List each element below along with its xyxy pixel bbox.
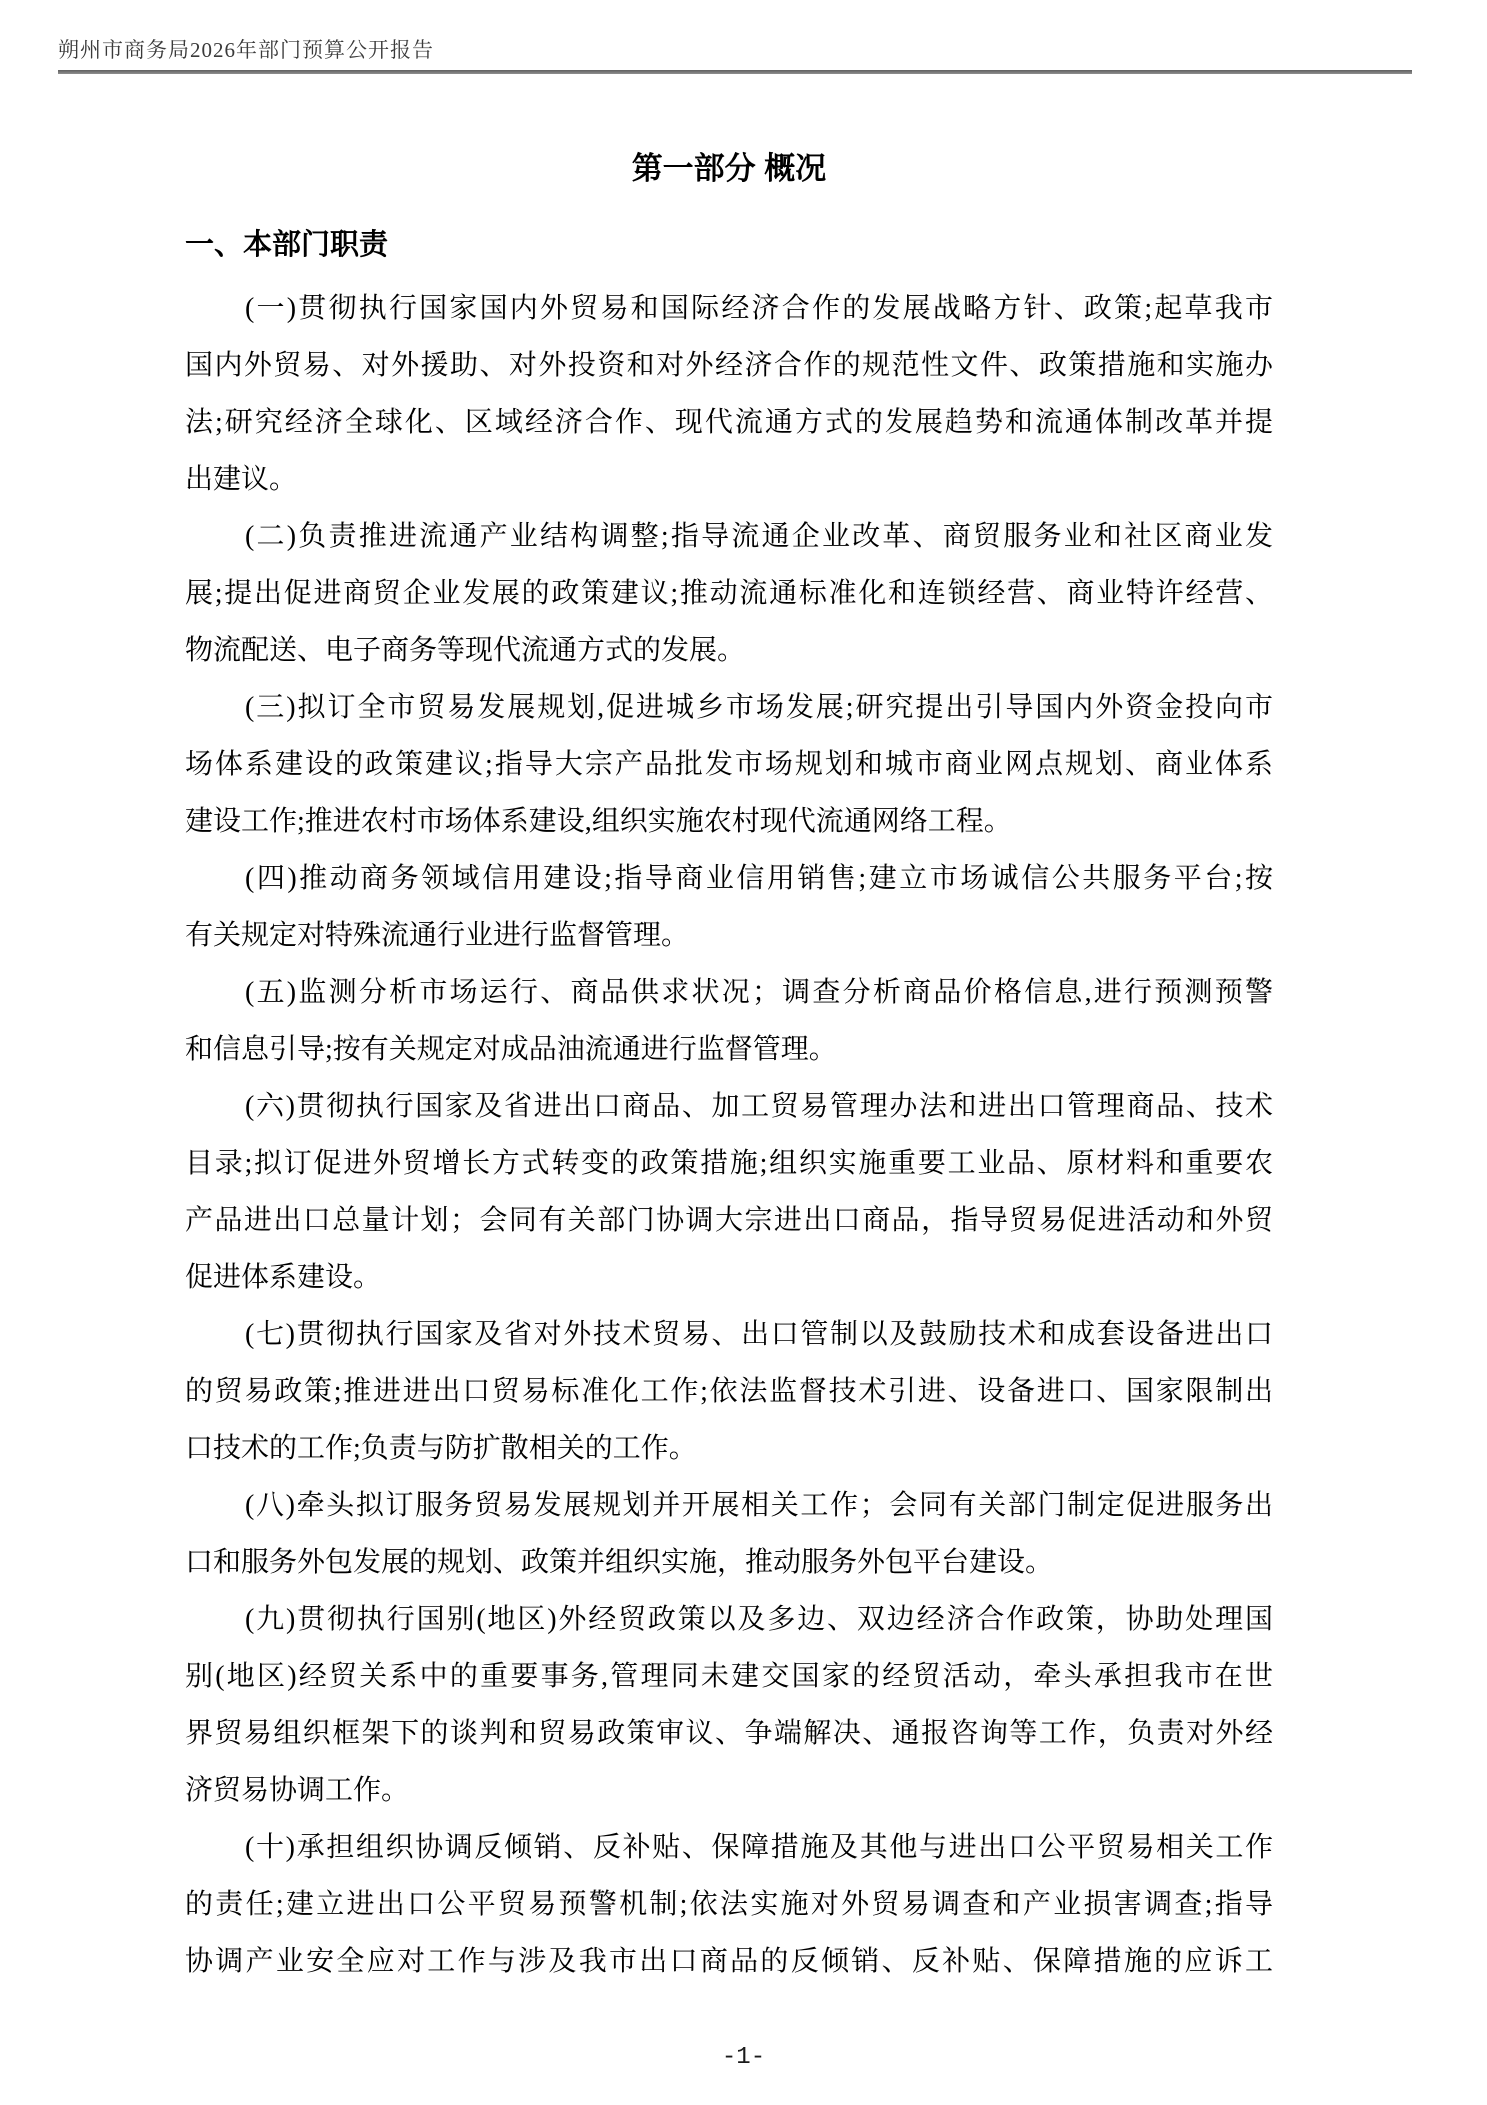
paragraphs-container: (一)贯彻执行国家国内外贸易和国际经济合作的发展战略方针、政策;起草我市国内外贸… xyxy=(185,280,1273,1990)
paragraph-line: 别(地区)经贸关系中的重要事务,管理同未建交国家的经贸活动，牵头承担我市在世 xyxy=(185,1648,1273,1705)
paragraph-line: 法;研究经济全球化、区域经济合作、现代流通方式的发展趋势和流通体制改革并提 xyxy=(185,394,1273,451)
paragraph-line: 场体系建设的政策建议;指导大宗产品批发市场规划和城市商业网点规划、商业体系 xyxy=(185,736,1273,793)
paragraph-line: 济贸易协调工作。 xyxy=(185,1762,1273,1819)
paragraph-line: 建设工作;推进农村市场体系建设,组织实施农村现代流通网络工程。 xyxy=(185,793,1273,850)
paragraph-line: 展;提出促进商贸企业发展的政策建议;推动流通标准化和连锁经营、商业特许经营、 xyxy=(185,565,1273,622)
paragraph-line: 出建议。 xyxy=(185,451,1273,508)
paragraph-line: 的责任;建立进出口公平贸易预警机制;依法实施对外贸易调查和产业损害调查;指导 xyxy=(185,1876,1273,1933)
paragraph-line: (五)监测分析市场运行、商品供求状况；调查分析商品价格信息,进行预测预警 xyxy=(185,964,1273,1021)
paragraph-line: 国内外贸易、对外援助、对外投资和对外经济合作的规范性文件、政策措施和实施办 xyxy=(185,337,1273,394)
document-title: 第一部分 概况 xyxy=(185,148,1273,190)
paragraph-line: (十)承担组织协调反倾销、反补贴、保障措施及其他与进出口公平贸易相关工作 xyxy=(185,1819,1273,1876)
page-number: -1- xyxy=(722,2044,765,2071)
paragraph-line: 协调产业安全应对工作与涉及我市出口商品的反倾销、反补贴、保障措施的应诉工 xyxy=(185,1933,1273,1990)
paragraph-line: 口技术的工作;负责与防扩散相关的工作。 xyxy=(185,1420,1273,1477)
section-heading: 一、本部门职责 xyxy=(185,224,1273,266)
paragraph-line: (一)贯彻执行国家国内外贸易和国际经济合作的发展战略方针、政策;起草我市 xyxy=(185,280,1273,337)
document-content: 第一部分 概况 一、本部门职责 (一)贯彻执行国家国内外贸易和国际经济合作的发展… xyxy=(185,148,1273,1990)
paragraph-line: 促进体系建设。 xyxy=(185,1249,1273,1306)
paragraph-line: (九)贯彻执行国别(地区)外经贸政策以及多边、双边经济合作政策，协助处理国 xyxy=(185,1591,1273,1648)
paragraph-line: 界贸易组织框架下的谈判和贸易政策审议、争端解决、通报咨询等工作，负责对外经 xyxy=(185,1705,1273,1762)
paragraph-line: (七)贯彻执行国家及省对外技术贸易、出口管制以及鼓励技术和成套设备进出口 xyxy=(185,1306,1273,1363)
header-title: 朔州市商务局2026年部门预算公开报告 xyxy=(58,38,434,62)
paragraph-line: (二)负责推进流通产业结构调整;指导流通企业改革、商贸服务业和社区商业发 xyxy=(185,508,1273,565)
header-divider xyxy=(58,70,1412,74)
paragraph-line: 和信息引导;按有关规定对成品油流通进行监督管理。 xyxy=(185,1021,1273,1078)
paragraph-line: 物流配送、电子商务等现代流通方式的发展。 xyxy=(185,622,1273,679)
page-header: 朔州市商务局2026年部门预算公开报告 xyxy=(58,36,434,64)
paragraph-line: 的贸易政策;推进进出口贸易标准化工作;依法监督技术引进、设备进口、国家限制出 xyxy=(185,1363,1273,1420)
paragraph-line: 产品进出口总量计划；会同有关部门协调大宗进出口商品，指导贸易促进活动和外贸 xyxy=(185,1192,1273,1249)
paragraph-line: 有关规定对特殊流通行业进行监督管理。 xyxy=(185,907,1273,964)
document-page: 朔州市商务局2026年部门预算公开报告 第一部分 概况 一、本部门职责 (一)贯… xyxy=(0,0,1487,2105)
paragraph-line: 口和服务外包发展的规划、政策并组织实施，推动服务外包平台建设。 xyxy=(185,1534,1273,1591)
paragraph-line: (三)拟订全市贸易发展规划,促进城乡市场发展;研究提出引导国内外资金投向市 xyxy=(185,679,1273,736)
page-footer: -1- xyxy=(0,2044,1487,2071)
paragraph-line: 目录;拟订促进外贸增长方式转变的政策措施;组织实施重要工业品、原材料和重要农 xyxy=(185,1135,1273,1192)
paragraph-line: (八)牵头拟订服务贸易发展规划并开展相关工作；会同有关部门制定促进服务出 xyxy=(185,1477,1273,1534)
paragraph-line: (四)推动商务领域信用建设;指导商业信用销售;建立市场诚信公共服务平台;按 xyxy=(185,850,1273,907)
paragraph-line: (六)贯彻执行国家及省进出口商品、加工贸易管理办法和进出口管理商品、技术 xyxy=(185,1078,1273,1135)
